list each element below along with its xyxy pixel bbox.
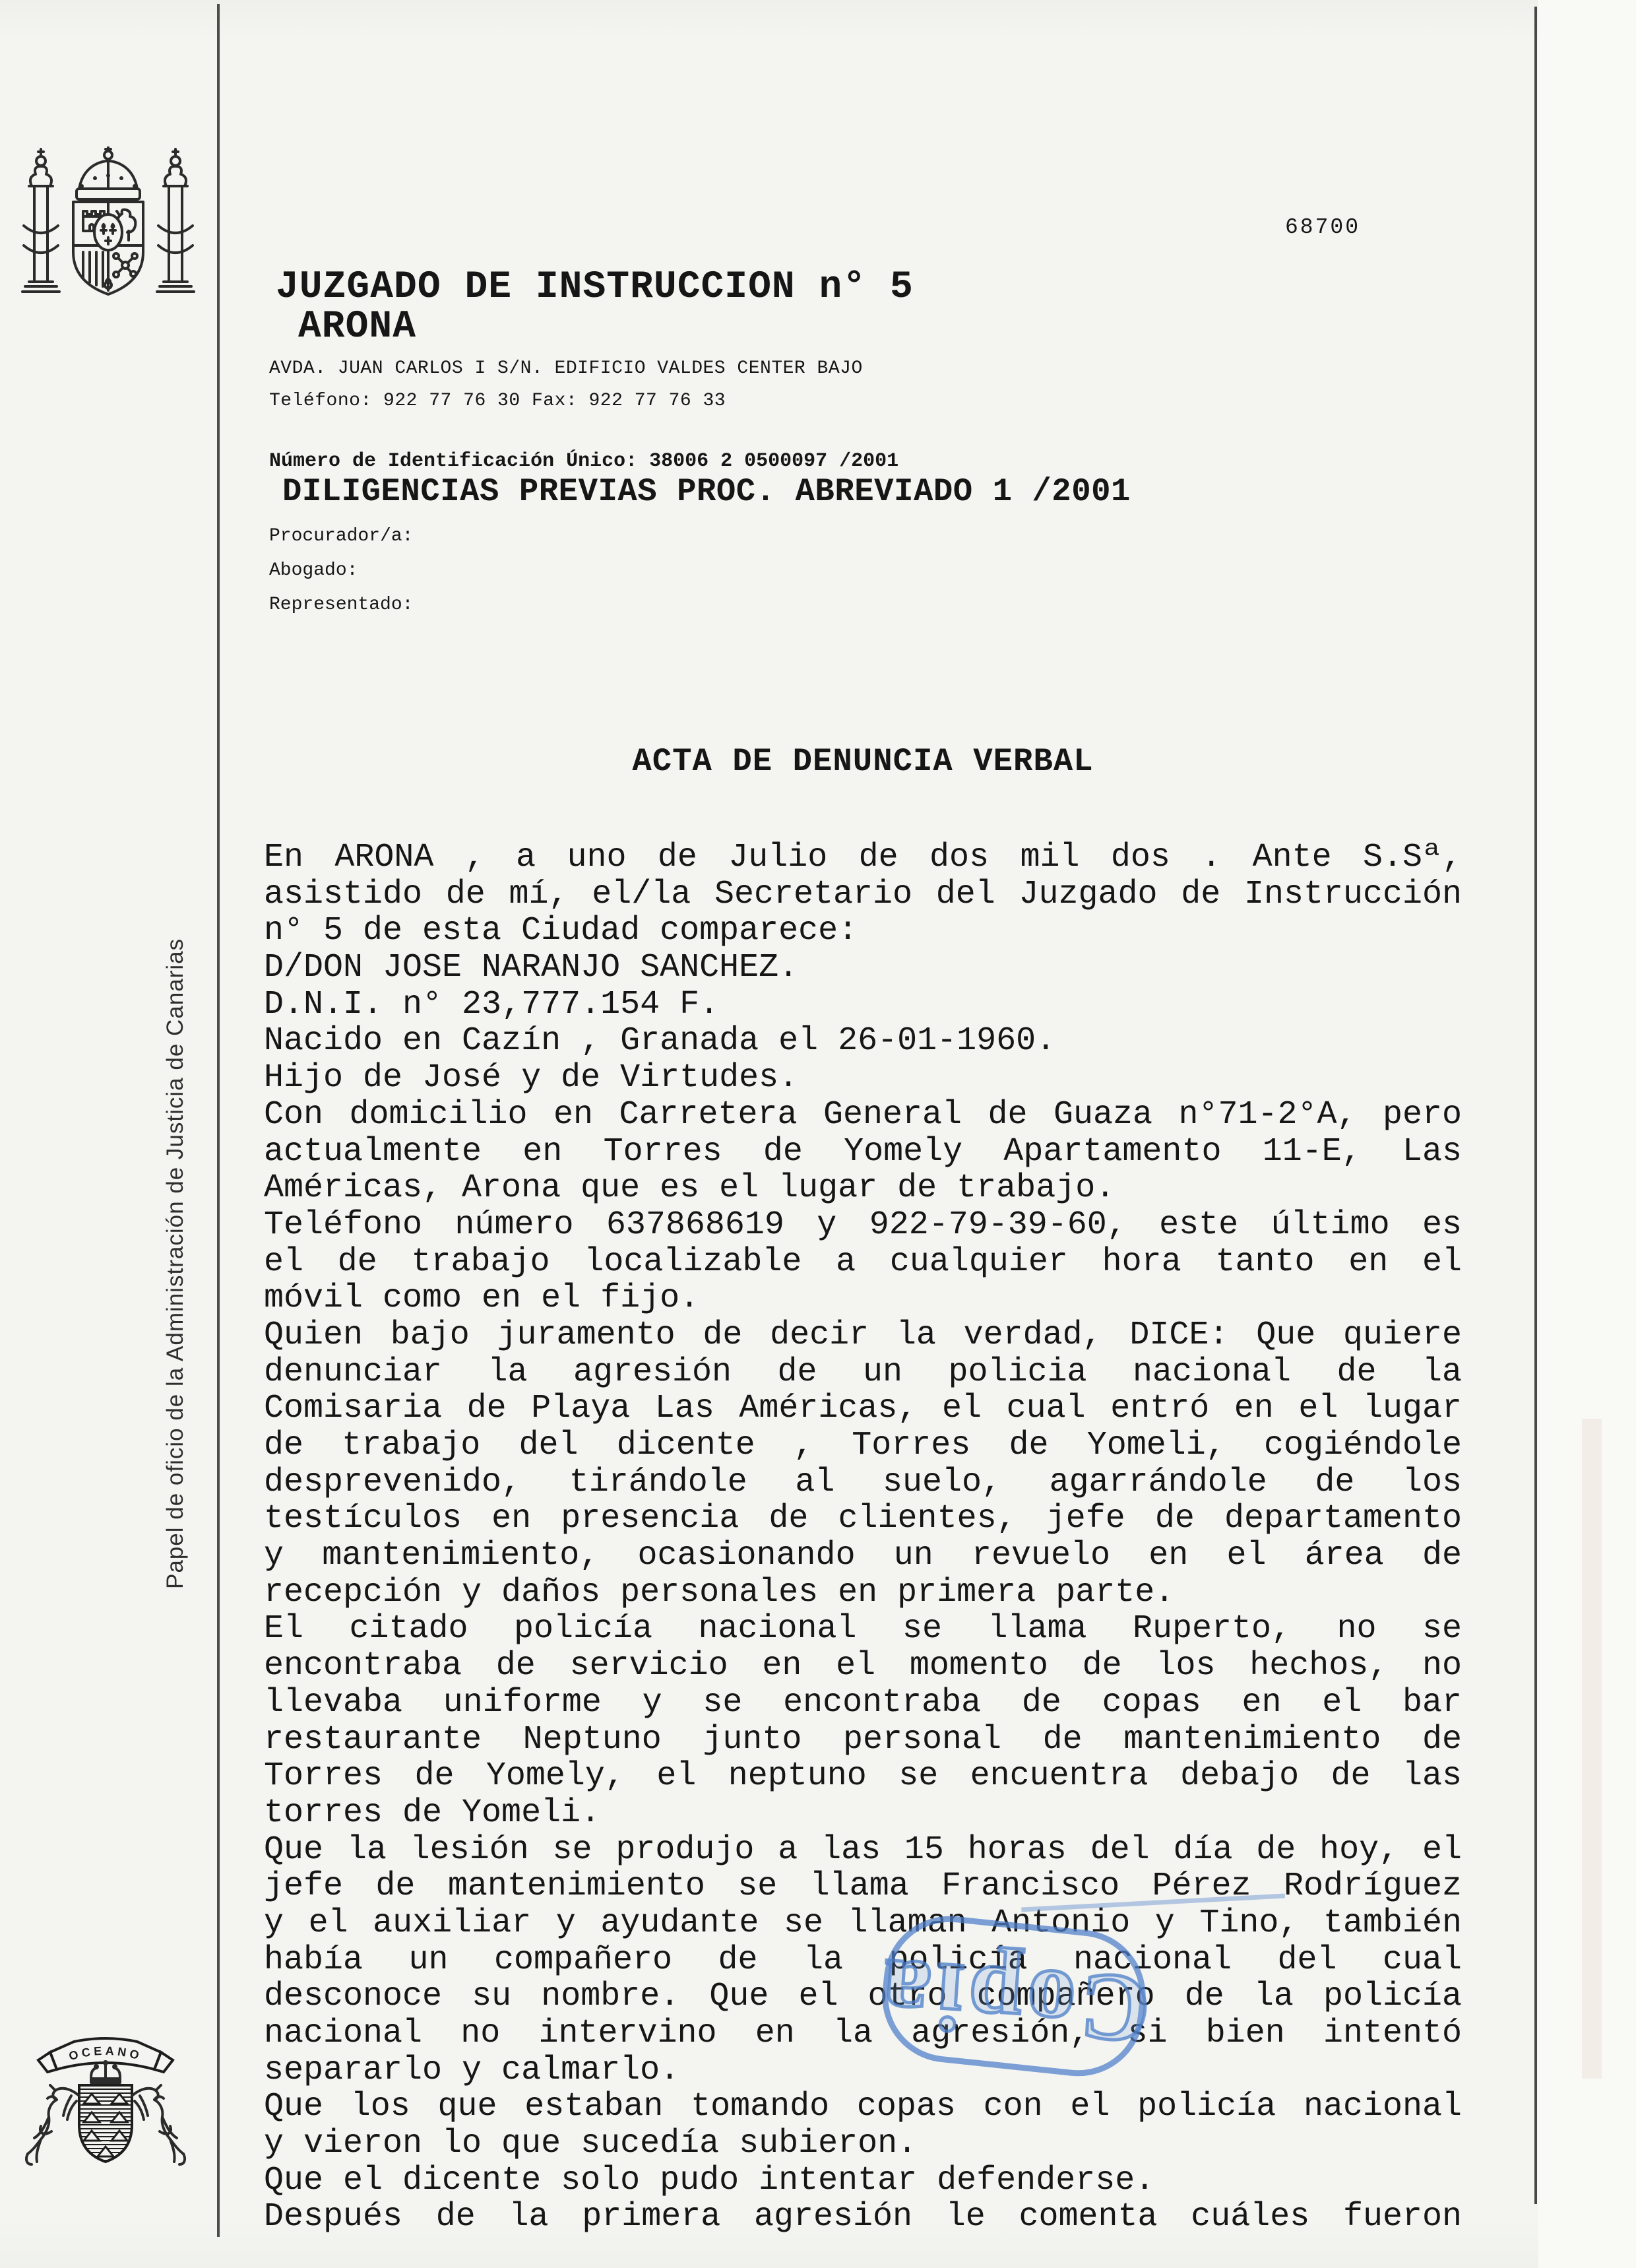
body-line: El citado policía nacional se llama Rupe… xyxy=(264,1611,1462,1648)
page-number: 68700 xyxy=(1285,215,1360,240)
court-address: AVDA. JUAN CARLOS I S/N. EDIFICIO VALDES… xyxy=(269,358,863,379)
abogado-label: Abogado: xyxy=(269,560,358,581)
body-line: Que la lesión se produjo a las 15 horas … xyxy=(264,1832,1462,1869)
court-municipality: ARONA xyxy=(298,308,914,347)
copia-stamp-text: Copia xyxy=(873,1937,1153,2066)
body-line: separarlo y calmarlo. xyxy=(264,2052,1462,2089)
body-line: Nacido en Cazín , Granada el 26-01-1960. xyxy=(264,1023,1462,1060)
procurador-label: Procurador/a: xyxy=(269,526,413,546)
body-line: llevaba uniforme y se encontraba de copa… xyxy=(264,1685,1462,1722)
right-margin-rule xyxy=(1534,7,1537,2204)
body-line: Que el dicente solo pudo intentar defend… xyxy=(264,2162,1462,2199)
body-line: torres de Yomeli. xyxy=(264,1795,1462,1832)
body-line: Con domicilio en Carretera General de Gu… xyxy=(264,1097,1462,1134)
body-line: Hijo de José y de Virtudes. xyxy=(264,1060,1462,1097)
body-line: de trabajo del dicente , Torres de Yomel… xyxy=(264,1427,1462,1464)
body-line: encontraba de servicio en el momento de … xyxy=(264,1648,1462,1685)
body-line: Que los que estaban tomando copas con el… xyxy=(264,2089,1462,2125)
body-line: D/DON JOSE NARANJO SANCHEZ. xyxy=(264,950,1462,987)
left-margin-rule xyxy=(217,4,220,2237)
body-line: Teléfono número 637868619 y 922-79-39-60… xyxy=(264,1207,1462,1244)
body-line: y el auxiliar y ayudante se llaman Anton… xyxy=(264,1905,1462,1942)
body-line: actualmente en Torres de Yomely Apartame… xyxy=(264,1134,1462,1171)
body-line: Torres de Yomely, el neptuno se encuentr… xyxy=(264,1758,1462,1795)
unique-id-line: Número de Identificación Único: 38006 2 … xyxy=(269,450,898,472)
body-line: desconoce su nombre. Que el otro compañe… xyxy=(264,1978,1462,2015)
document-title: ACTA DE DENUNCIA VERBAL xyxy=(264,743,1462,780)
body-line: asistido de mí, el/la Secretario del Juz… xyxy=(264,876,1462,913)
body-line: había un compañero de la policía naciona… xyxy=(264,1942,1462,1979)
body-text: En ARONA , a uno de Julio de dos mil dos… xyxy=(264,839,1462,2236)
body-line: desprevenido, tirándole al suelo, agarrá… xyxy=(264,1464,1462,1501)
body-line: Quien bajo juramento de decir la verdad,… xyxy=(264,1317,1462,1354)
body-line: y vieron lo que sucedía subieron. xyxy=(264,2125,1462,2162)
scanned-court-document-page: 68700 JUZGADO DE INSTRUCCION n° 5 ARONA … xyxy=(0,0,1636,2268)
body-line: Américas, Arona que es el lugar de traba… xyxy=(264,1170,1462,1207)
court-header: JUZGADO DE INSTRUCCION n° 5 ARONA xyxy=(276,268,914,347)
body-line: restaurante Neptuno junto personal de ma… xyxy=(264,1722,1462,1759)
body-line: recepción y daños personales en primera … xyxy=(264,1574,1462,1611)
body-line: Comisaria de Playa Las Américas, el cual… xyxy=(264,1390,1462,1427)
body-line: testículos en presencia de clientes, jef… xyxy=(264,1501,1462,1538)
representado-label: Representado: xyxy=(269,595,413,615)
canarias-coat-of-arms-icon: OCEANO xyxy=(12,2032,193,2187)
court-name: JUZGADO DE INSTRUCCION n° 5 xyxy=(276,268,914,308)
body-line: jefe de mantenimiento se llama Francisco… xyxy=(264,1868,1462,1905)
body-line: y mantenimiento, ocasionando un revuelo … xyxy=(264,1538,1462,1574)
body-line: Después de la primera agresión le coment… xyxy=(264,2199,1462,2236)
body-line: nacional no intervino en la agresión, si… xyxy=(264,2015,1462,2052)
official-paper-caption: Papel de oficio de la Administración de … xyxy=(162,938,189,1589)
procedure-line: DILIGENCIAS PREVIAS PROC. ABREVIADO 1 /2… xyxy=(282,473,1131,510)
body-line: el de trabajo localizable a cualquier ho… xyxy=(264,1244,1462,1281)
body-line: D.N.I. n° 23,777.154 F. xyxy=(264,987,1462,1023)
court-phone-fax: Teléfono: 922 77 76 30 Fax: 922 77 76 33 xyxy=(269,391,726,411)
body-line: móvil como en el fijo. xyxy=(264,1280,1462,1317)
spain-coat-of-arms-icon xyxy=(9,146,207,315)
body-line: n° 5 de esta Ciudad comparece: xyxy=(264,913,1462,950)
scan-stain xyxy=(1582,1419,1602,2079)
body-line: denunciar la agresión de un policia naci… xyxy=(264,1354,1462,1391)
body-line: En ARONA , a uno de Julio de dos mil dos… xyxy=(264,839,1462,876)
